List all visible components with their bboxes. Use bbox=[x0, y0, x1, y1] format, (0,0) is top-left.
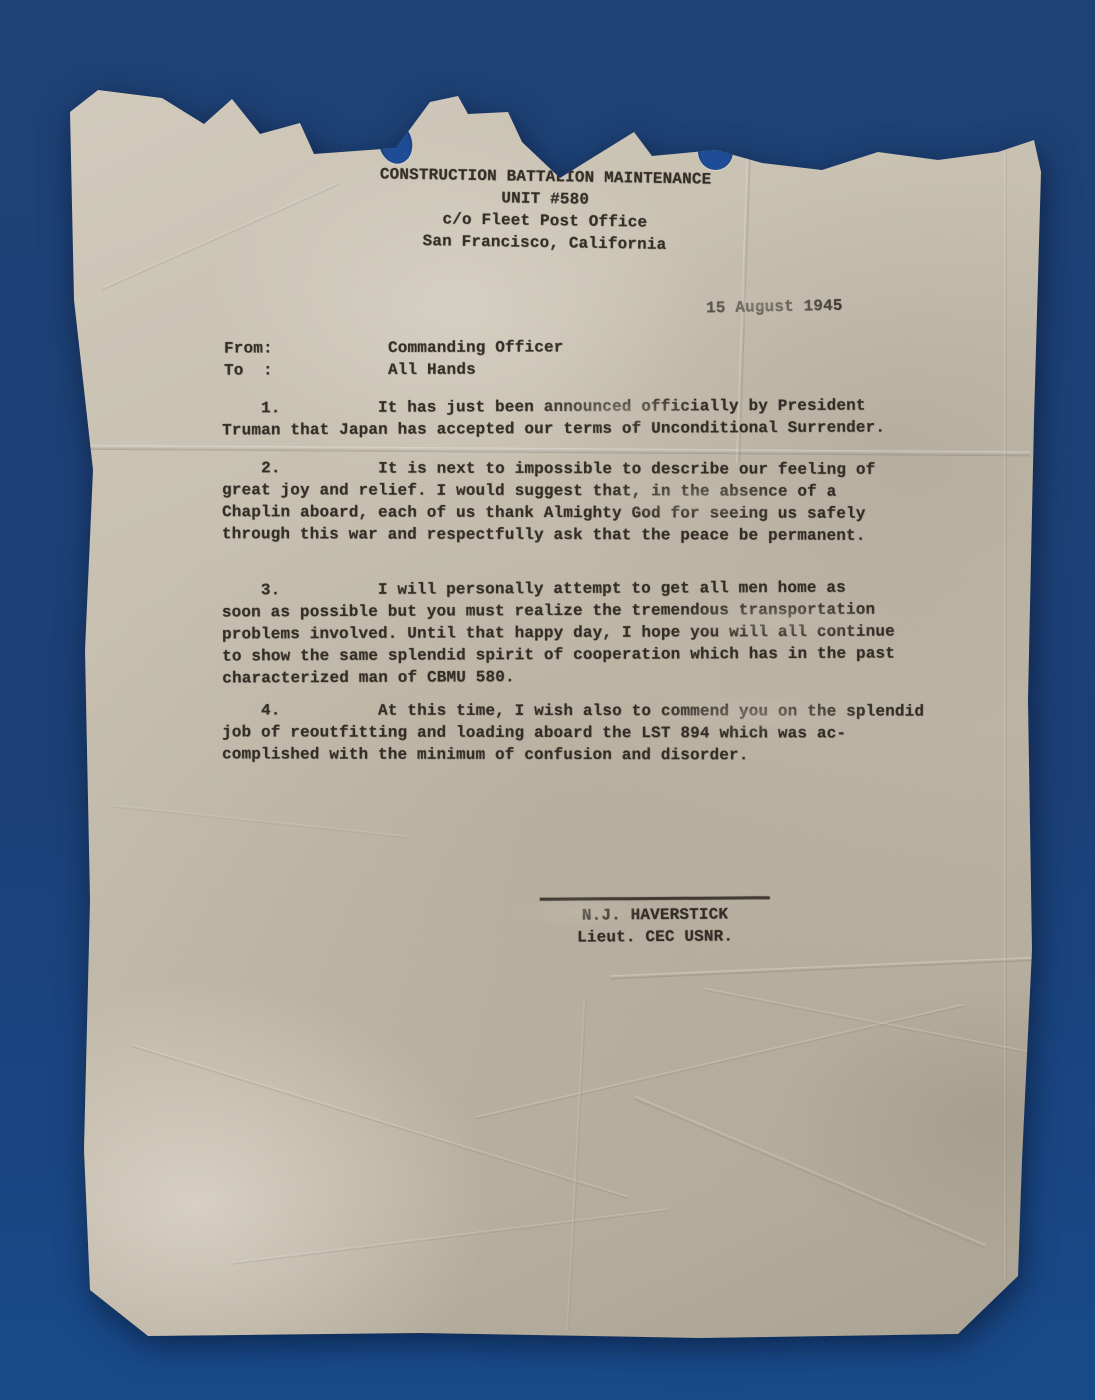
fold-crease bbox=[231, 1208, 668, 1265]
photo-background: CONSTRUCTION BATTALION MAINTENANCE UNIT … bbox=[0, 0, 1095, 1400]
signature-block: N.J. HAVERSTICK Lieut. CEC USNR. bbox=[540, 896, 770, 949]
paragraph-3: 3. I will personally attempt to get all … bbox=[222, 577, 895, 690]
to-label: To : bbox=[224, 359, 388, 382]
from-row: From: Commanding Officer bbox=[224, 336, 564, 359]
fold-crease bbox=[634, 1096, 985, 1248]
paragraph-line: problems involved. Until that happy day,… bbox=[222, 621, 895, 646]
signature-title: Lieut. CEC USNR. bbox=[540, 925, 770, 949]
paragraph-line: 3. I will personally attempt to get all … bbox=[222, 577, 895, 602]
fold-crease bbox=[610, 957, 1040, 980]
fold-crease bbox=[1004, 150, 1007, 1280]
punch-hole-right bbox=[698, 133, 733, 170]
signature-name: N.J. HAVERSTICK bbox=[540, 903, 770, 927]
letter-paper: CONSTRUCTION BATTALION MAINTENANCE UNIT … bbox=[0, 0, 1095, 1400]
paragraph-line: 1. It has just been announced officially… bbox=[222, 395, 885, 420]
paragraph-1: 1. It has just been announced officially… bbox=[222, 395, 885, 442]
paragraph-line: through this war and respectfully ask th… bbox=[222, 523, 875, 547]
paragraph-2: 2. It is next to impossible to describe … bbox=[222, 457, 876, 547]
fold-crease bbox=[131, 1044, 629, 1199]
punch-hole-left bbox=[374, 119, 416, 168]
paragraph-4: 4. At this time, I wish also to commend … bbox=[222, 699, 924, 766]
paragraph-line: Truman that Japan has accepted our terms… bbox=[222, 417, 885, 442]
fold-crease bbox=[111, 804, 410, 838]
signature-rule bbox=[540, 896, 770, 901]
fold-crease bbox=[101, 182, 340, 290]
paragraph-line: 2. It is next to impossible to describe … bbox=[222, 457, 875, 481]
addressing-block: From: Commanding Officer To : All Hands bbox=[224, 336, 564, 381]
paragraph-line: 4. At this time, I wish also to commend … bbox=[222, 699, 924, 722]
fold-crease bbox=[566, 1000, 586, 1330]
to-row: To : All Hands bbox=[224, 358, 564, 381]
from-label: From: bbox=[224, 337, 388, 360]
paragraph-line: characterized man of CBMU 580. bbox=[222, 665, 895, 690]
letterhead: CONSTRUCTION BATTALION MAINTENANCE UNIT … bbox=[329, 163, 760, 258]
paragraph-line: great joy and relief. I would suggest th… bbox=[222, 479, 875, 503]
paper-surface: CONSTRUCTION BATTALION MAINTENANCE UNIT … bbox=[0, 0, 1095, 1400]
paragraph-line: Chaplin aboard, each of us thank Almight… bbox=[222, 501, 875, 525]
paragraph-line: to show the same splendid spirit of coop… bbox=[222, 643, 895, 668]
paragraph-line: soon as possible but you must realize th… bbox=[222, 599, 895, 624]
fold-crease bbox=[70, 445, 1030, 457]
from-value: Commanding Officer bbox=[388, 336, 564, 359]
date-line: 15 August 1945 bbox=[706, 295, 843, 320]
to-value: All Hands bbox=[388, 359, 476, 381]
fold-crease bbox=[703, 988, 1037, 1056]
paragraph-line: job of reoutfitting and loading aboard t… bbox=[222, 721, 924, 744]
fold-crease bbox=[476, 1004, 964, 1119]
paragraph-line: complished with the minimum of confusion… bbox=[222, 743, 924, 766]
